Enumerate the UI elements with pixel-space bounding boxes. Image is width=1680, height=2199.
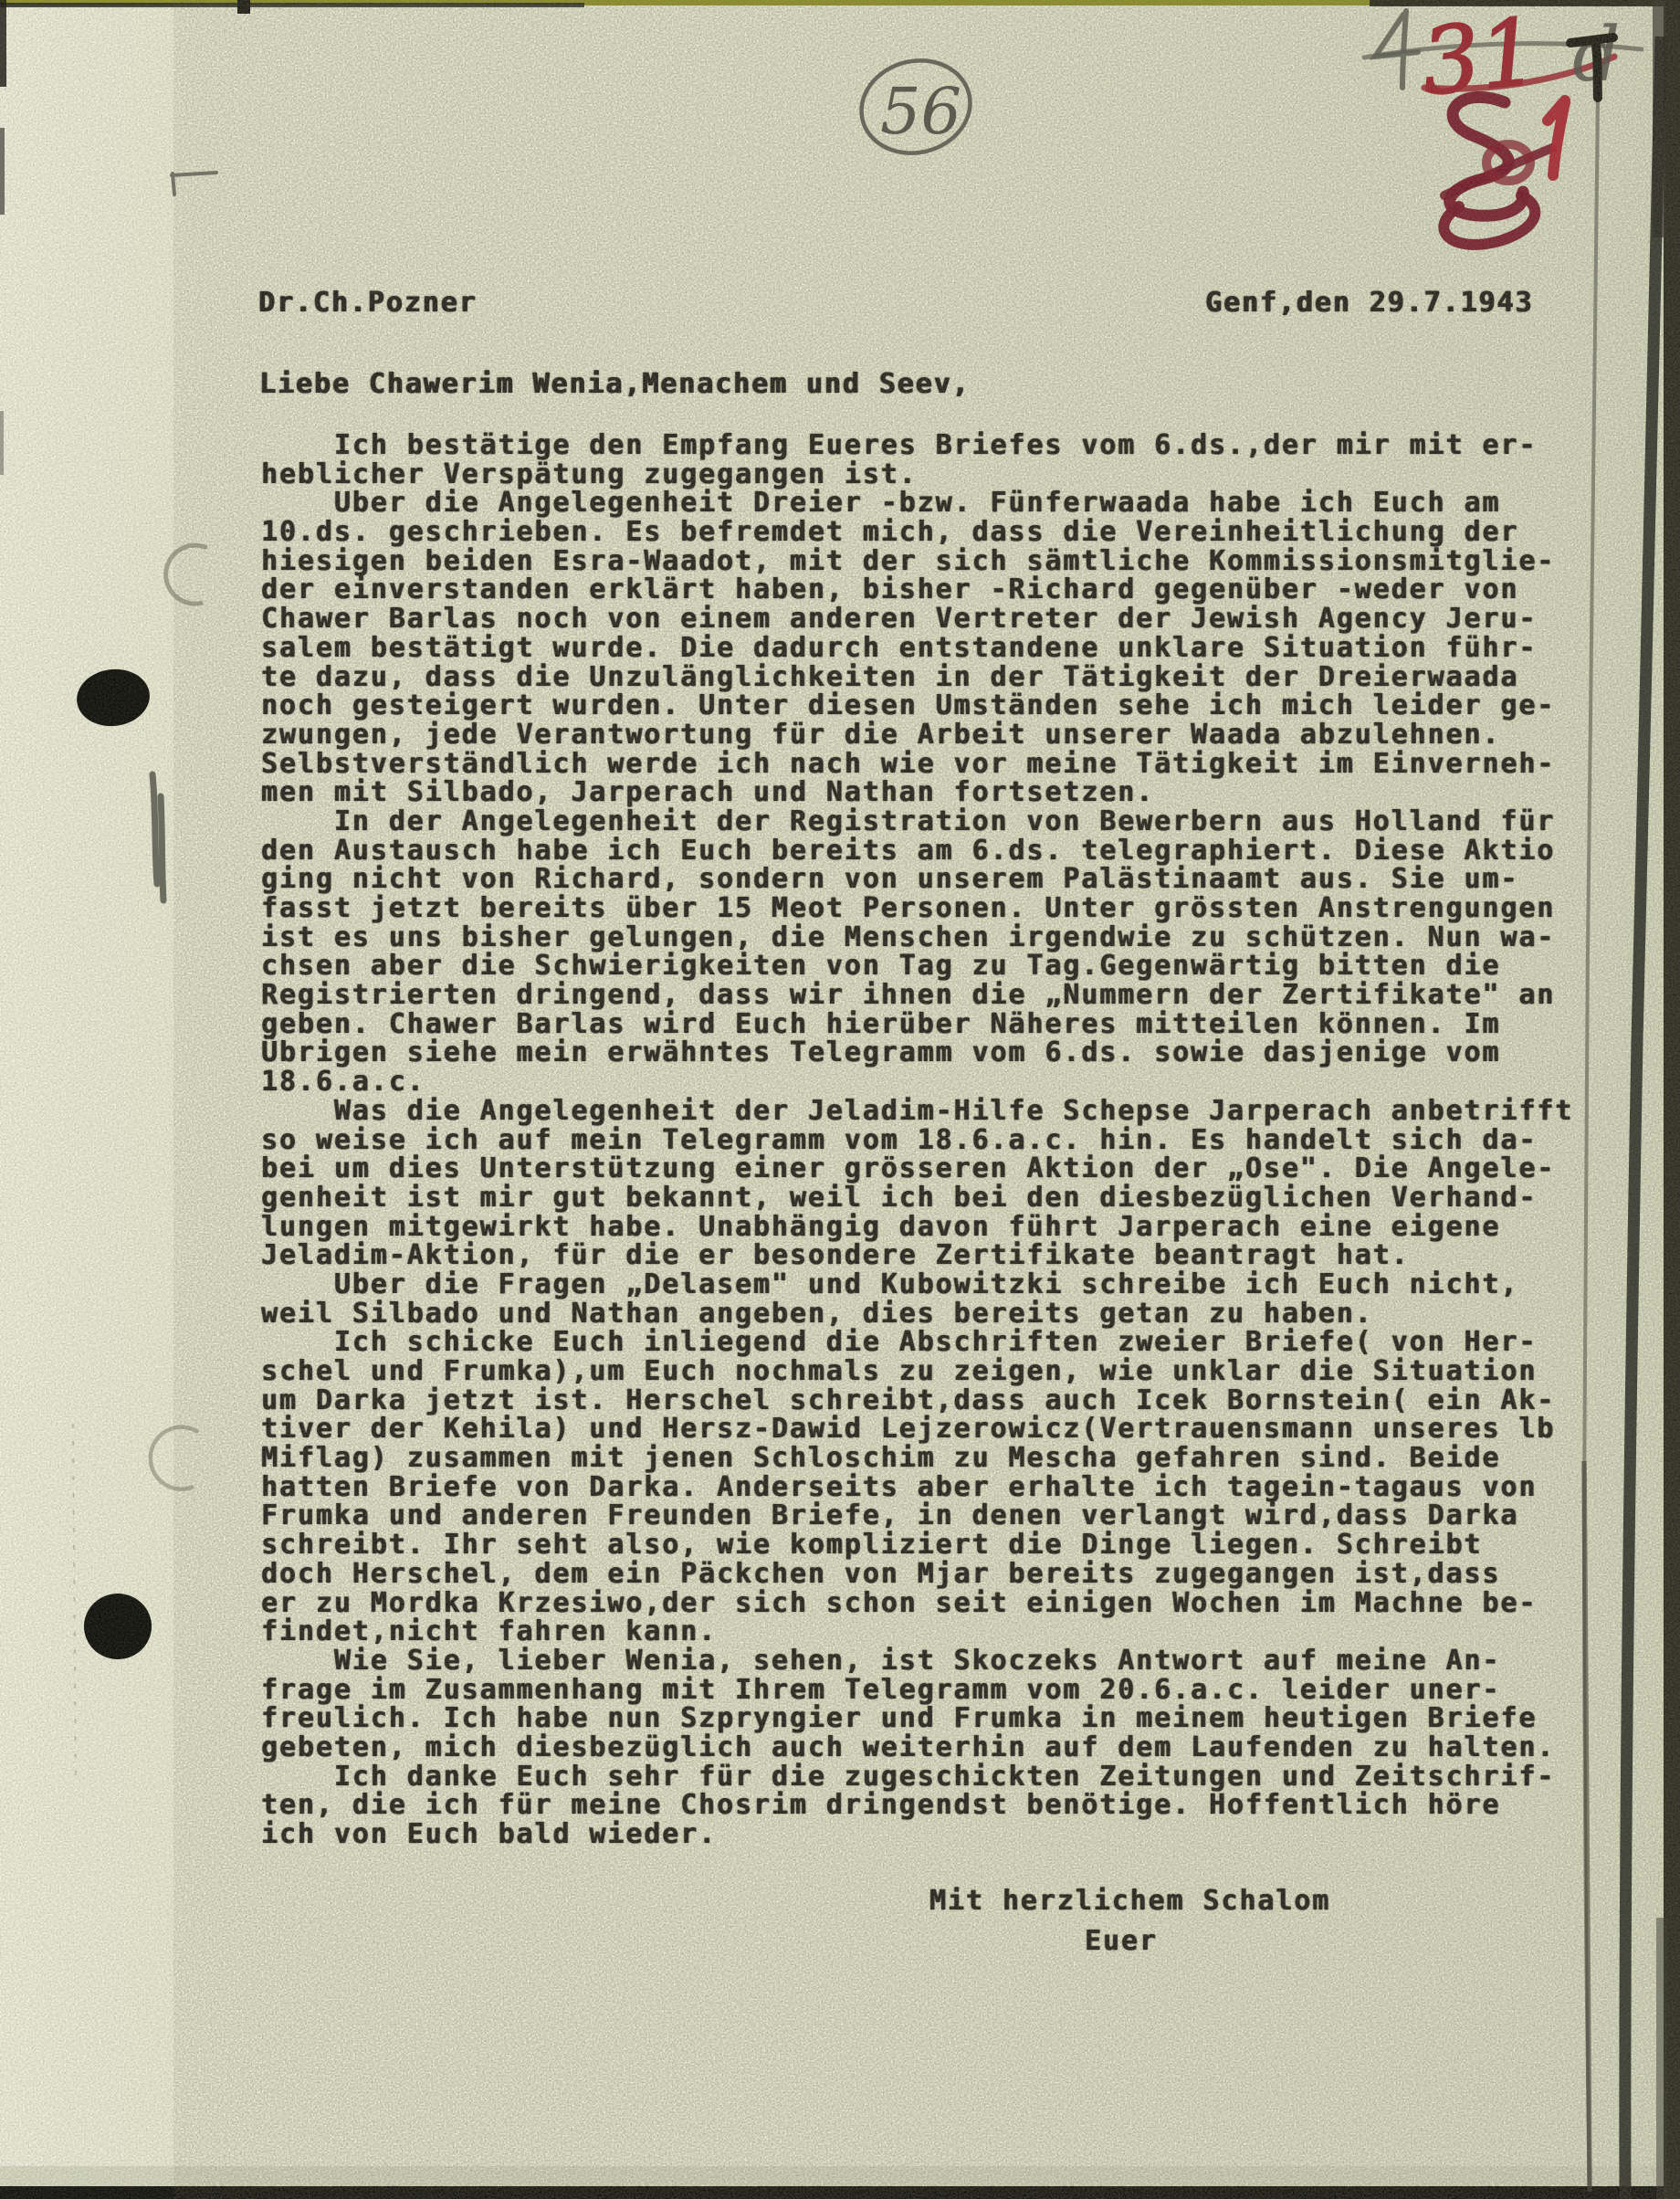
typed-line: hatten Briefe von Darka. Anderseits aber…: [261, 1473, 1573, 1502]
typed-line: Ich bestätige den Empfang Eueres Briefes…: [261, 431, 1573, 460]
signature-line: Euer: [1085, 1925, 1158, 1957]
typed-line: schreibt. Ihr seht also, wie kompliziert…: [261, 1531, 1573, 1560]
punch-hole-top: [74, 665, 153, 730]
typed-line: Selbstverständlich werde ich nach wie vo…: [261, 750, 1573, 779]
punch-ring-top: [166, 545, 207, 604]
red-digit-one: [1548, 100, 1565, 175]
typed-line: chsen aber die Schwierigkeiten von Tag z…: [261, 952, 1573, 981]
typed-line: geben. Chawer Barlas wird Euch hierüber …: [261, 1010, 1573, 1039]
typed-line: Miflag) zusammen mit jenen Schloschim zu…: [261, 1444, 1573, 1473]
typed-line: Frumka und anderen Freunden Briefe, in d…: [261, 1501, 1573, 1531]
fold-lines: [1584, 37, 1661, 2199]
typed-line: genheit ist mir gut bekannt, weil ich be…: [261, 1184, 1573, 1213]
typed-line: ist es uns bisher gelungen, die Menschen…: [261, 923, 1573, 952]
typed-line: hiesigen beiden Esra-Waadot, mit der sic…: [261, 547, 1573, 576]
typed-line: findet,nicht fahren kann.: [261, 1617, 1573, 1647]
typed-line: um Darka jetzt ist. Herschel schreibt,da…: [261, 1386, 1573, 1415]
typed-line: Registrierten dringend, dass wir ihnen d…: [261, 981, 1573, 1010]
corner-pencil-tick: [172, 173, 216, 195]
typed-line: Was die Angelegenheit der Jeladim-Hilfe …: [261, 1097, 1573, 1126]
pencil-strike-line: [1364, 44, 1642, 58]
typed-line: Übrigen siehe mein erwähntes Telegramm v…: [261, 1038, 1573, 1068]
typed-line: noch gesteigert wurden. Unter diesen Ums…: [261, 691, 1573, 721]
typed-line: Uber die Fragen „Delasem" und Kubowitzki…: [261, 1270, 1573, 1299]
typed-line: freulich. Ich habe nun Szpryngier und Fr…: [261, 1704, 1573, 1733]
typed-line: ten, die ich für meine Chosrim dringends…: [261, 1791, 1573, 1820]
typed-line: tiver der Kehila) und Hersz-Dawid Lejzer…: [261, 1415, 1573, 1444]
red-underline-swoosh: [1424, 57, 1614, 89]
red-number-31: 31: [1416, 0, 1543, 116]
typed-line: so weise ich auf mein Telegramm vom 18.6…: [261, 1126, 1573, 1155]
sender-name: Dr.Ch.Pozner: [258, 287, 478, 319]
margin-pencil-stroke: [152, 774, 163, 900]
pencil-letter-d: d: [1572, 12, 1621, 99]
typed-line: der einverstanden erklärt haben, bisher …: [261, 575, 1573, 605]
typed-line: zwungen, jede Verantwortung für die Arbe…: [261, 721, 1573, 750]
typed-line: 18.6.a.c.: [261, 1068, 1573, 1097]
typed-line: er zu Mordka Krzesiwo,der sich schon sei…: [261, 1589, 1573, 1618]
dark-red-scribble: [1444, 97, 1565, 245]
left-edge-faint-line: [73, 1425, 76, 1788]
typed-line: 10.ds. geschrieben. Es befremdet mich, d…: [261, 518, 1573, 547]
typed-line: In der Angelegenheit der Registration vo…: [261, 807, 1573, 836]
typed-line: frage im Zusammenhang mit Ihrem Telegram…: [261, 1676, 1573, 1705]
typed-line: salem bestätigt wurde. Die dadurch entst…: [261, 634, 1573, 663]
dateline: Genf,den 29.7.1943: [1205, 287, 1533, 319]
typed-line: gebeten, mich diesbezüglich auch weiterh…: [261, 1733, 1573, 1762]
archive-number-text: 56: [880, 74, 961, 149]
typed-line: te dazu, dass die Unzulänglichkeiten in …: [261, 663, 1573, 692]
typed-line: ich von Euch bald wieder.: [261, 1820, 1573, 1849]
typed-line: Ich schicke Euch inliegend die Abschrift…: [261, 1328, 1573, 1357]
typed-line: den Austausch habe ich Euch bereits am 6…: [261, 836, 1573, 866]
typed-line: Jeladim-Aktion, für die er besondere Zer…: [261, 1241, 1573, 1270]
corner-annotations: 31 d: [1364, 0, 1642, 245]
typed-line: lungen mitgewirkt habe. Unabhängig davon…: [261, 1213, 1573, 1242]
punch-hole-bottom: [84, 1594, 152, 1659]
typed-line: weil Silbado und Nathan angeben, dies be…: [261, 1299, 1573, 1329]
typed-line: ging nicht von Richard, sondern von unse…: [261, 865, 1573, 894]
typed-line: Wie Sie, lieber Wenia, sehen, ist Skocze…: [261, 1647, 1573, 1676]
circled-archive-number: 56: [852, 49, 981, 164]
black-tick-mark: [1570, 37, 1613, 98]
letter-scan: Dr.Ch.Pozner Genf,den 29.7.1943 Liebe Ch…: [0, 0, 1680, 2199]
pencil-circle: [852, 49, 981, 164]
typed-line: Ich danke Euch sehr für die zugeschickte…: [261, 1762, 1573, 1792]
typed-line: bei um dies Unterstützung einer grössere…: [261, 1154, 1573, 1184]
punch-ring-bottom: [151, 1427, 198, 1489]
typed-line: heblicher Verspätung zugegangen ist.: [261, 460, 1573, 489]
closing-line: Mit herzlichem Schalom: [929, 1885, 1330, 1917]
pencil-four: [1375, 11, 1418, 88]
typed-line: schel und Frumka),um Euch nochmals zu ze…: [261, 1357, 1573, 1386]
punch-holes: [74, 545, 207, 1659]
typed-line: men mit Silbado, Jarperach und Nathan fo…: [261, 778, 1573, 807]
typed-line: fasst jetzt bereits über 15 Meot Persone…: [261, 894, 1573, 923]
typed-line: Uber die Angelegenheit Dreier -bzw. Fünf…: [261, 489, 1573, 518]
pencil-marks: [73, 173, 216, 1788]
typed-line: Chawer Barlas noch von einem anderen Ver…: [261, 605, 1573, 634]
typed-line: doch Herschel, dem ein Päckchen von Mjar…: [261, 1560, 1573, 1589]
letter-body: Ich bestätige den Empfang Eueres Briefes…: [261, 431, 1573, 1849]
salutation: Liebe Chawerim Wenia,Menachem und Seev,: [259, 368, 971, 400]
